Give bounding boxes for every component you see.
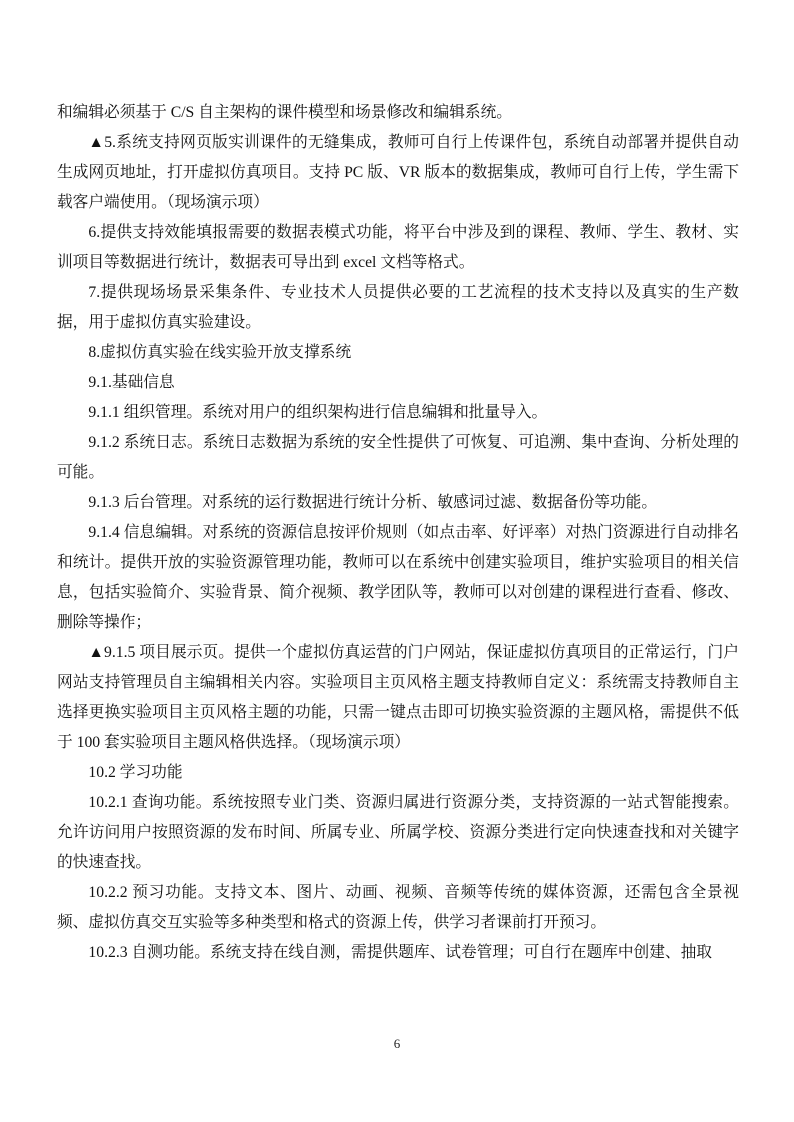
page-number: 6 bbox=[0, 1034, 794, 1054]
paragraph: 9.1.3 后台管理。对系统的运行数据进行统计分析、敏感词过滤、数据备份等功能。 bbox=[57, 488, 739, 518]
paragraph: 10.2.2 预习功能。支持文本、图片、动画、视频、音频等传统的媒体资源，还需包… bbox=[57, 878, 739, 938]
paragraph: 6.提供支持效能填报需要的数据表模式功能，将平台中涉及到的课程、教师、学生、教材… bbox=[57, 218, 739, 278]
paragraph: 10.2.3 自测功能。系统支持在线自测，需提供题库、试卷管理；可自行在题库中创… bbox=[57, 938, 739, 968]
paragraph: 10.2 学习功能 bbox=[57, 758, 739, 788]
document-page: 和编辑必须基于 C/S 自主架构的课件模型和场景修改和编辑系统。▲5.系统支持网… bbox=[0, 0, 794, 1122]
document-body: 和编辑必须基于 C/S 自主架构的课件模型和场景修改和编辑系统。▲5.系统支持网… bbox=[57, 98, 739, 968]
paragraph: 9.1.基础信息 bbox=[57, 368, 739, 398]
paragraph: ▲5.系统支持网页版实训课件的无缝集成，教师可自行上传课件包，系统自动部署并提供… bbox=[57, 128, 739, 218]
paragraph: 7.提供现场场景采集条件、专业技术人员提供必要的工艺流程的技术支持以及真实的生产… bbox=[57, 278, 739, 338]
paragraph: 9.1.2 系统日志。系统日志数据为系统的安全性提供了可恢复、可追溯、集中查询、… bbox=[57, 428, 739, 488]
paragraph: 9.1.1 组织管理。系统对用户的组织架构进行信息编辑和批量导入。 bbox=[57, 398, 739, 428]
paragraph: ▲9.1.5 项目展示页。提供一个虚拟仿真运营的门户网站，保证虚拟仿真项目的正常… bbox=[57, 638, 739, 758]
paragraph: 10.2.1 查询功能。系统按照专业门类、资源归属进行资源分类，支持资源的一站式… bbox=[57, 788, 739, 878]
paragraph: 8.虚拟仿真实验在线实验开放支撑系统 bbox=[57, 338, 739, 368]
paragraph: 和编辑必须基于 C/S 自主架构的课件模型和场景修改和编辑系统。 bbox=[57, 98, 739, 128]
paragraph: 9.1.4 信息编辑。对系统的资源信息按评价规则（如点击率、好评率）对热门资源进… bbox=[57, 518, 739, 638]
